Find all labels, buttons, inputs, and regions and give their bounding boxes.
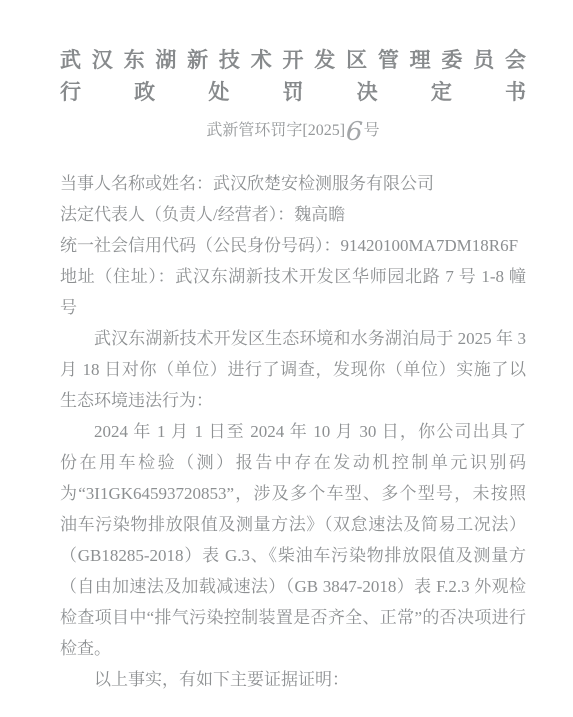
body-line: 以上事实，有如下主要证据证明： <box>60 664 526 695</box>
body-line: 2024 年 1 月 1 日至 2024 年 10 月 30 日，你公司出具了 … <box>60 416 526 447</box>
document-content: 武汉东湖新技术开发区管理委员会 行政处罚决定书 武新管环罚字[2025]6号 当… <box>60 44 526 695</box>
body-line: 检查项目中“排气污染控制装置是否齐全、正常”的否决项进行 <box>60 602 526 633</box>
body-line: 武汉东湖新技术开发区生态环境和水务湖泊局于 2025 年 3 <box>60 323 526 354</box>
body-line: 为“3I1GK64593720853”，涉及多个车型、多个型号，未按照《汽 <box>60 478 526 509</box>
body-line: 月 18 日对你（单位）进行了调查，发现你（单位）实施了以下 <box>60 354 526 385</box>
body-line: 油车污染物排放限值及测量方法》（双怠速法及简易工况法） <box>60 509 526 540</box>
document-header: 武汉东湖新技术开发区管理委员会 行政处罚决定书 武新管环罚字[2025]6号 <box>60 44 526 140</box>
body-line: 地址（住址）：武汉东湖新技术开发区华师园北路 7 号 1-8 幢 09 <box>60 261 526 292</box>
body-line: 生态环境违法行为： <box>60 385 526 416</box>
document-number-suffix: 号 <box>364 122 380 139</box>
document-number-handwritten-digit: 6 <box>344 118 364 145</box>
document-title-line-2: 行政处罚决定书 <box>60 76 526 108</box>
document-number: 武新管环罚字[2025]6号 <box>60 114 526 140</box>
document-body: 当事人名称或姓名：武汉欣楚安检测服务有限公司法定代表人（负责人/经营者）：魏高瞻… <box>60 168 526 695</box>
body-line: （GB18285-2018）表 G.3、《柴油车污染物排放限值及测量方法》 <box>60 540 526 571</box>
document-number-prefix: 武新管环罚字[2025] <box>206 122 345 139</box>
body-line: 统一社会信用代码（公民身份号码）：91420100MA7DM18R6F <box>60 230 526 261</box>
body-line: （自由加速法及加载减速法）（GB 3847-2018）表 F.2.3 外观检验 <box>60 571 526 602</box>
body-line: 检查。 <box>60 633 526 664</box>
body-line: 法定代表人（负责人/经营者）：魏高瞻 <box>60 199 526 230</box>
body-line: 号 <box>60 292 526 323</box>
document-title-line-1: 武汉东湖新技术开发区管理委员会 <box>60 44 526 76</box>
body-line: 份在用车检验（测）报告中存在发动机控制单元识别码（CALID） <box>60 447 526 478</box>
scanned-document-page: 武汉东湖新技术开发区管理委员会 行政处罚决定书 武新管环罚字[2025]6号 当… <box>0 0 573 717</box>
body-line: 当事人名称或姓名：武汉欣楚安检测服务有限公司 <box>60 168 526 199</box>
